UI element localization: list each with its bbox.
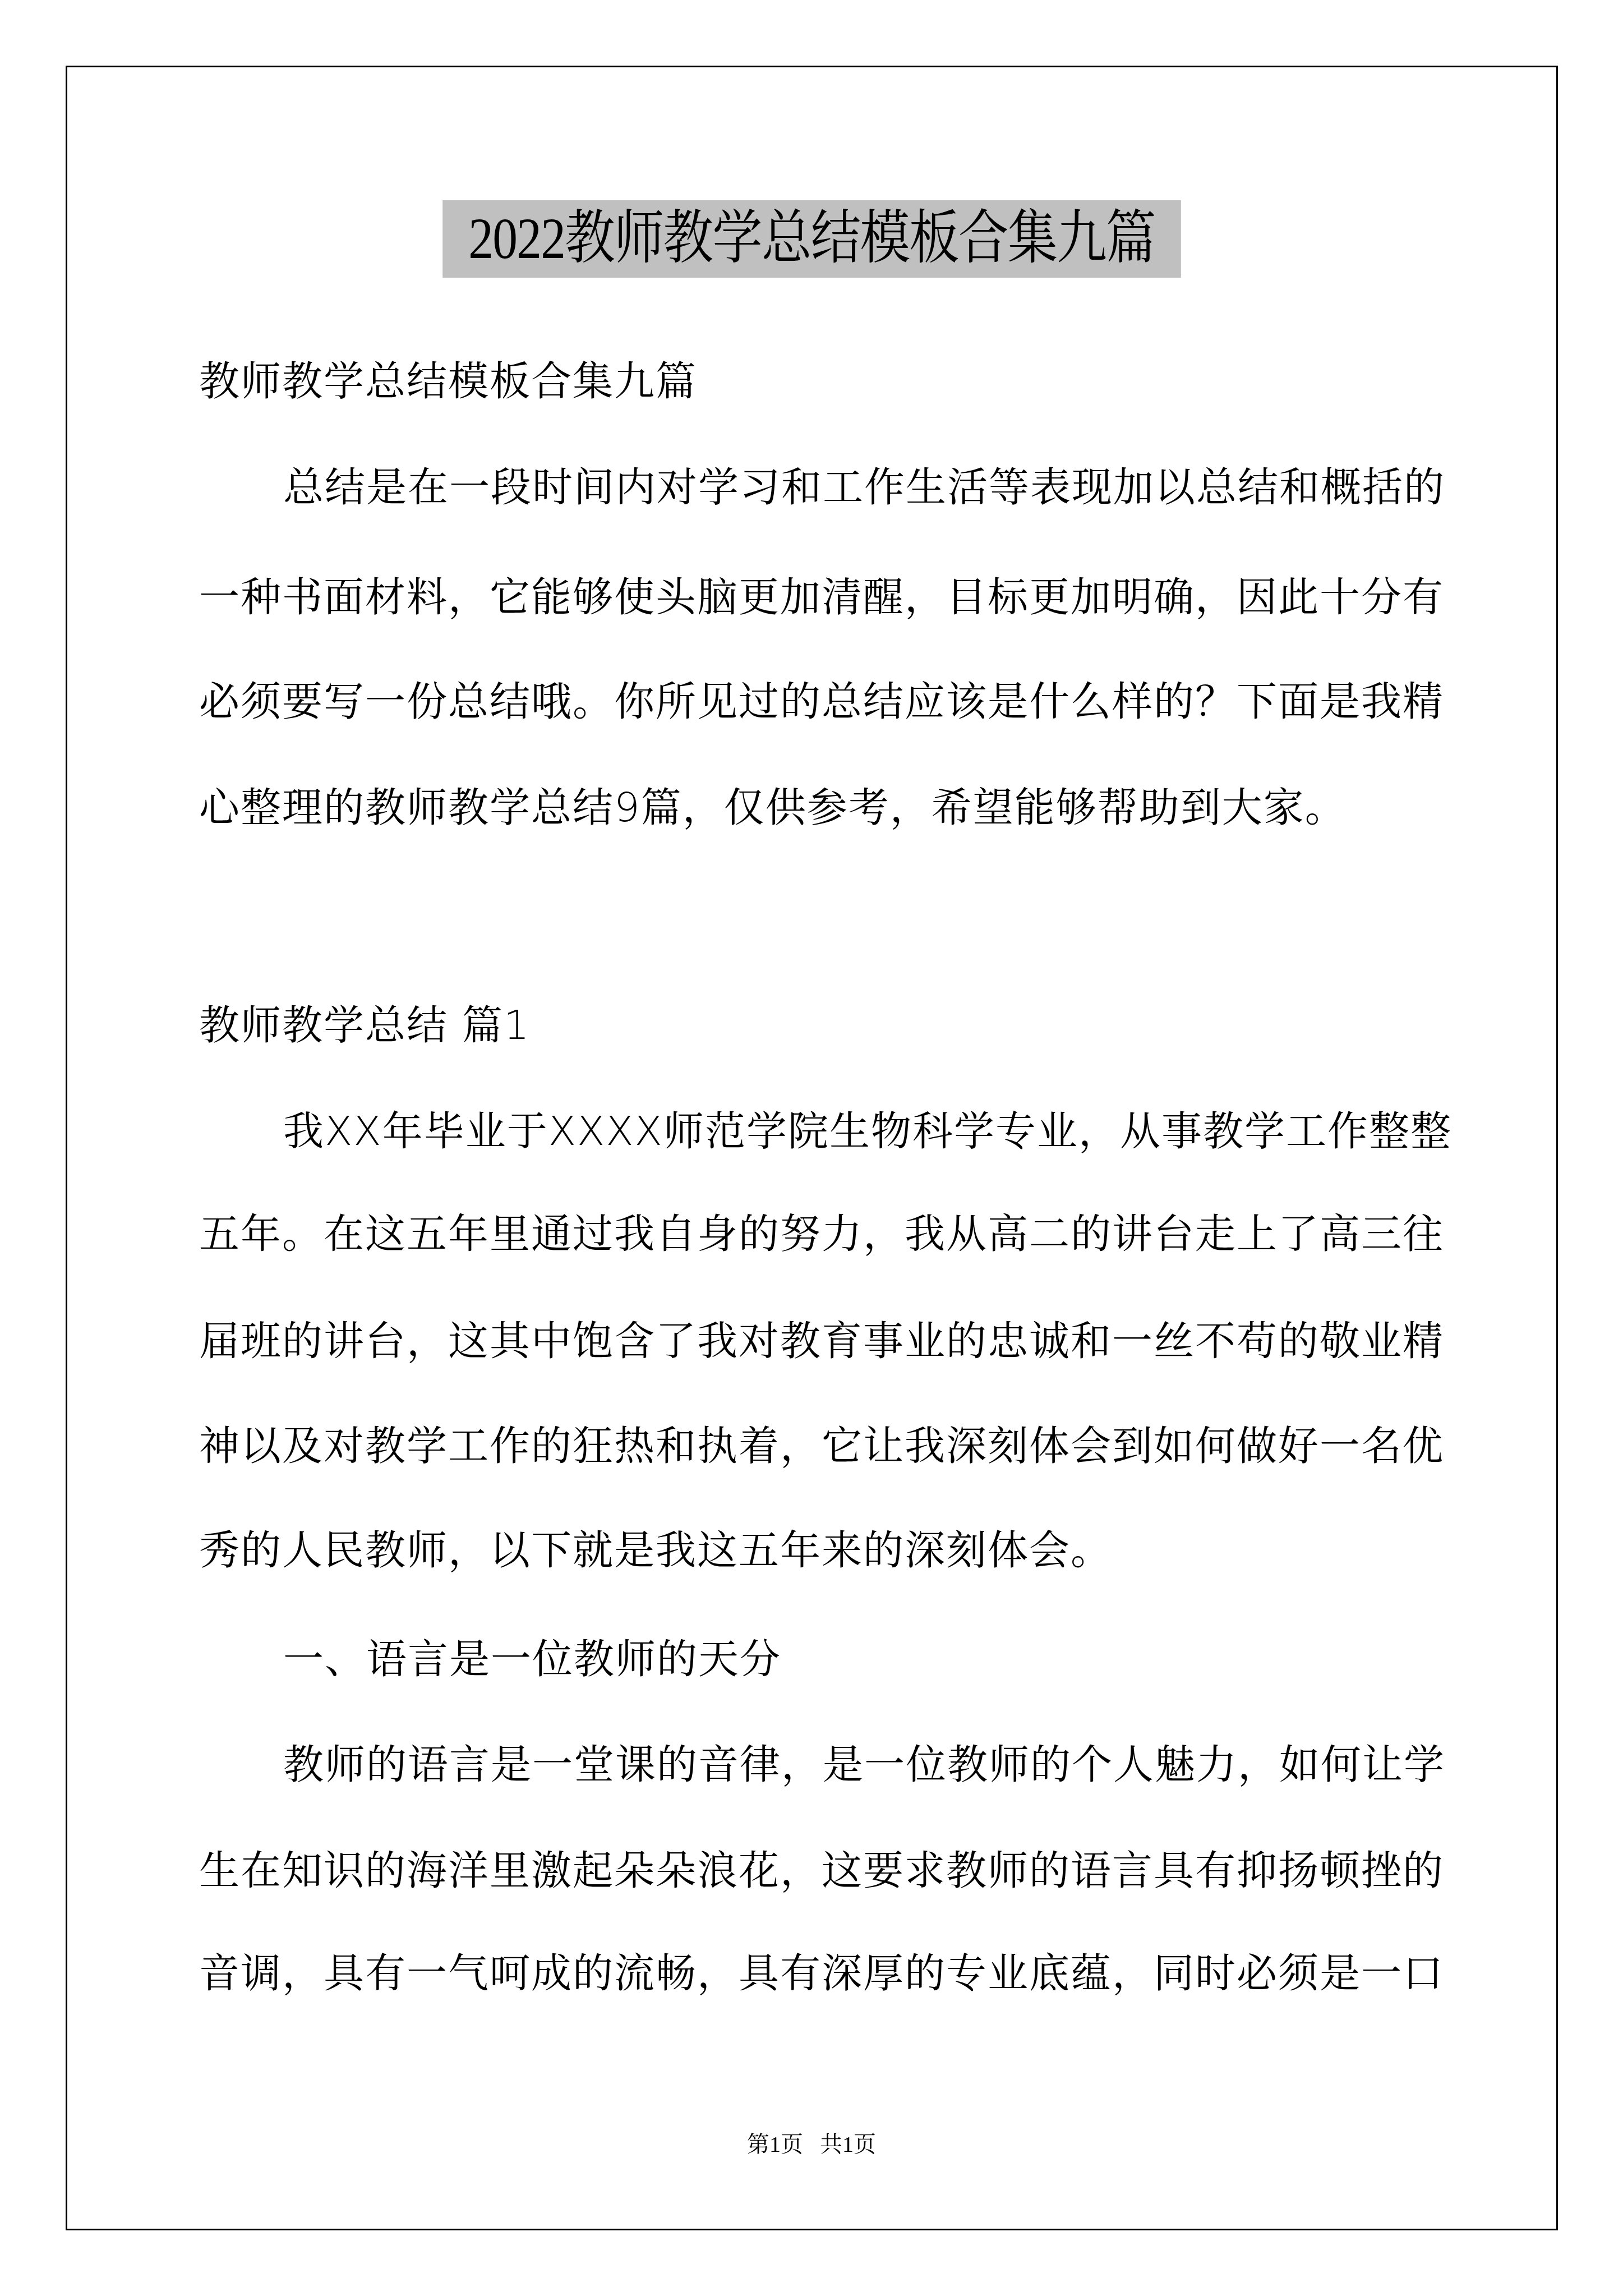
paragraph-line: 生在知识的海洋里激起朵朵浪花，这要求教师的语言具有抑扬顿挫的 — [199, 1848, 1426, 1893]
document-subtitle: 教师教学总结模板合集九篇 — [199, 358, 1433, 403]
intro-paragraph-line: 必须要写一份总结哦。你所见过的总结应该是什么样的？下面是我精 — [199, 679, 1426, 724]
current-page-label: 第1页 — [747, 2132, 803, 2157]
paragraph-line: 五年。在这五年里通过我自身的努力，我从高二的讲台走上了高三往 — [199, 1211, 1426, 1256]
document-title: 2022教师教学总结模板合集九篇 — [442, 200, 1181, 278]
paragraph-line: 神以及对教学工作的狂热和执着，它让我深刻体会到如何做好一名优 — [199, 1423, 1426, 1468]
intro-paragraph-line: 心整理的教师教学总结9篇，仅供参考，希望能够帮助到大家。 — [199, 785, 1433, 830]
paragraph-line: 届班的讲台，这其中饱含了我对教育事业的忠诚和一丝不苟的敬业精 — [199, 1318, 1426, 1363]
section-heading: 教师教学总结 篇1 — [199, 1002, 1433, 1047]
paragraph-line: 我XX年毕业于XXXX师范学院生物科学专业，从事教学工作整整 — [283, 1108, 1426, 1153]
section-subheading: 一、语言是一位教师的天分 — [283, 1636, 1517, 1681]
total-pages-label: 共1页 — [820, 2132, 876, 2157]
intro-paragraph-line: 一种书面材料，它能够使头脑更加清醒，目标更加明确，因此十分有 — [199, 574, 1426, 619]
paragraph-line: 音调，具有一气呵成的流畅，具有深厚的专业底蕴，同时必须是一口 — [199, 1950, 1426, 1995]
paragraph-line: 秀的人民教师，以下就是我这五年来的深刻体会。 — [199, 1527, 1433, 1572]
paragraph-line: 教师的语言是一堂课的音律，是一位教师的个人魅力，如何让学 — [283, 1742, 1426, 1787]
page-footer: 第1页 共1页 — [0, 2132, 1623, 2157]
intro-paragraph-line: 总结是在一段时间内对学习和工作生活等表现加以总结和概括的 — [283, 464, 1426, 509]
title-container: 2022教师教学总结模板合集九篇 — [0, 200, 1623, 278]
